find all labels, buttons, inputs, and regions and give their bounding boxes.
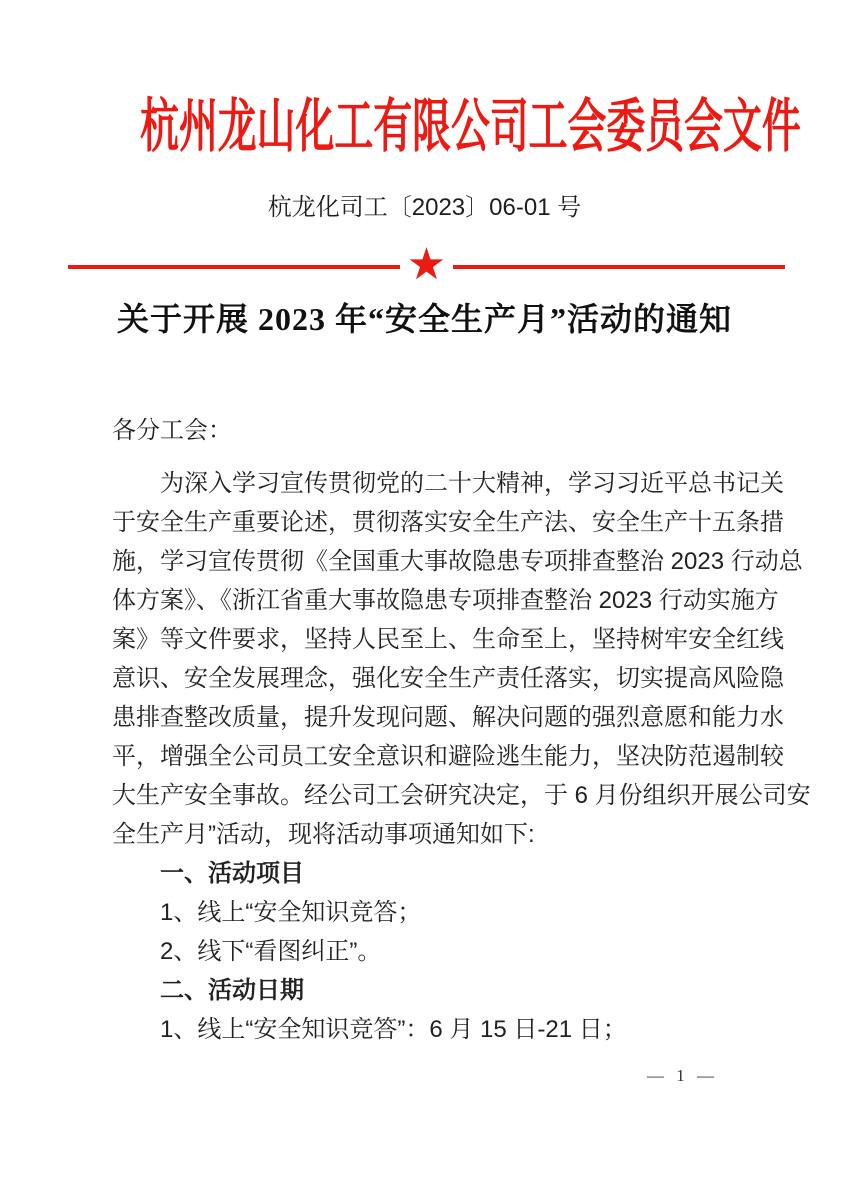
body-line: 2、线下“看图纠正”。: [112, 932, 752, 971]
red-divider: ★: [68, 246, 785, 288]
page-number: — 1 —: [647, 1066, 718, 1086]
body-line: 于安全生产重要论述，贯彻落实安全生产法、安全生产十五条措: [112, 503, 752, 542]
document-title: 关于开展 2023 年“安全生产月”活动的通知: [0, 297, 849, 341]
body-line: 体方案》、《浙江省重大事故隐患专项排查整治 2023 行动实施方: [112, 581, 752, 620]
body-line: 1、线上“安全知识竞答；: [112, 893, 752, 932]
body-line: 全生产月”活动，现将活动事项通知如下:: [112, 815, 752, 854]
body-line: 平，增强全公司员工安全意识和避险逃生能力，坚决防范遏制较: [112, 737, 752, 776]
divider-line-left: [68, 265, 400, 269]
section-heading-activities: 一、活动项目: [112, 854, 752, 893]
doc-number: 杭龙化司工〔2023〕06-01 号: [0, 193, 849, 223]
body-line: 患排查整改质量，提升发现问题、解决问题的强烈意愿和能力水: [112, 698, 752, 737]
section-heading-dates: 二、活动日期: [112, 971, 752, 1010]
document-page: 杭州龙山化工有限公司工会委员会文件 杭龙化司工〔2023〕06-01 号 ★ 关…: [0, 0, 849, 1200]
body-line: 大生产安全事故。经公司工会研究决定，于 6 月份组织开展公司安: [112, 776, 752, 815]
body-line: 1、线上“安全知识竞答”：6 月 15 日-21 日；: [112, 1010, 752, 1049]
red-header-title: 杭州龙山化工有限公司工会委员会文件: [140, 94, 709, 160]
document-body: 各分工会： 为深入学习宣传贯彻党的二十大精神，学习习近平总书记关 于安全生产重要…: [112, 411, 752, 1049]
body-line: 案》等文件要求，坚持人民至上、生命至上，坚持树牢安全红线: [112, 620, 752, 659]
salutation: 各分工会：: [112, 411, 752, 450]
divider-line-right: [453, 265, 785, 269]
star-icon: ★: [407, 243, 446, 287]
body-line: 为深入学习宣传贯彻党的二十大精神，学习习近平总书记关: [112, 464, 752, 503]
body-line: 施，学习宣传贯彻《全国重大事故隐患专项排查整治 2023 行动总: [112, 542, 752, 581]
body-line: 意识、安全发展理念，强化安全生产责任落实，切实提高风险隐: [112, 659, 752, 698]
